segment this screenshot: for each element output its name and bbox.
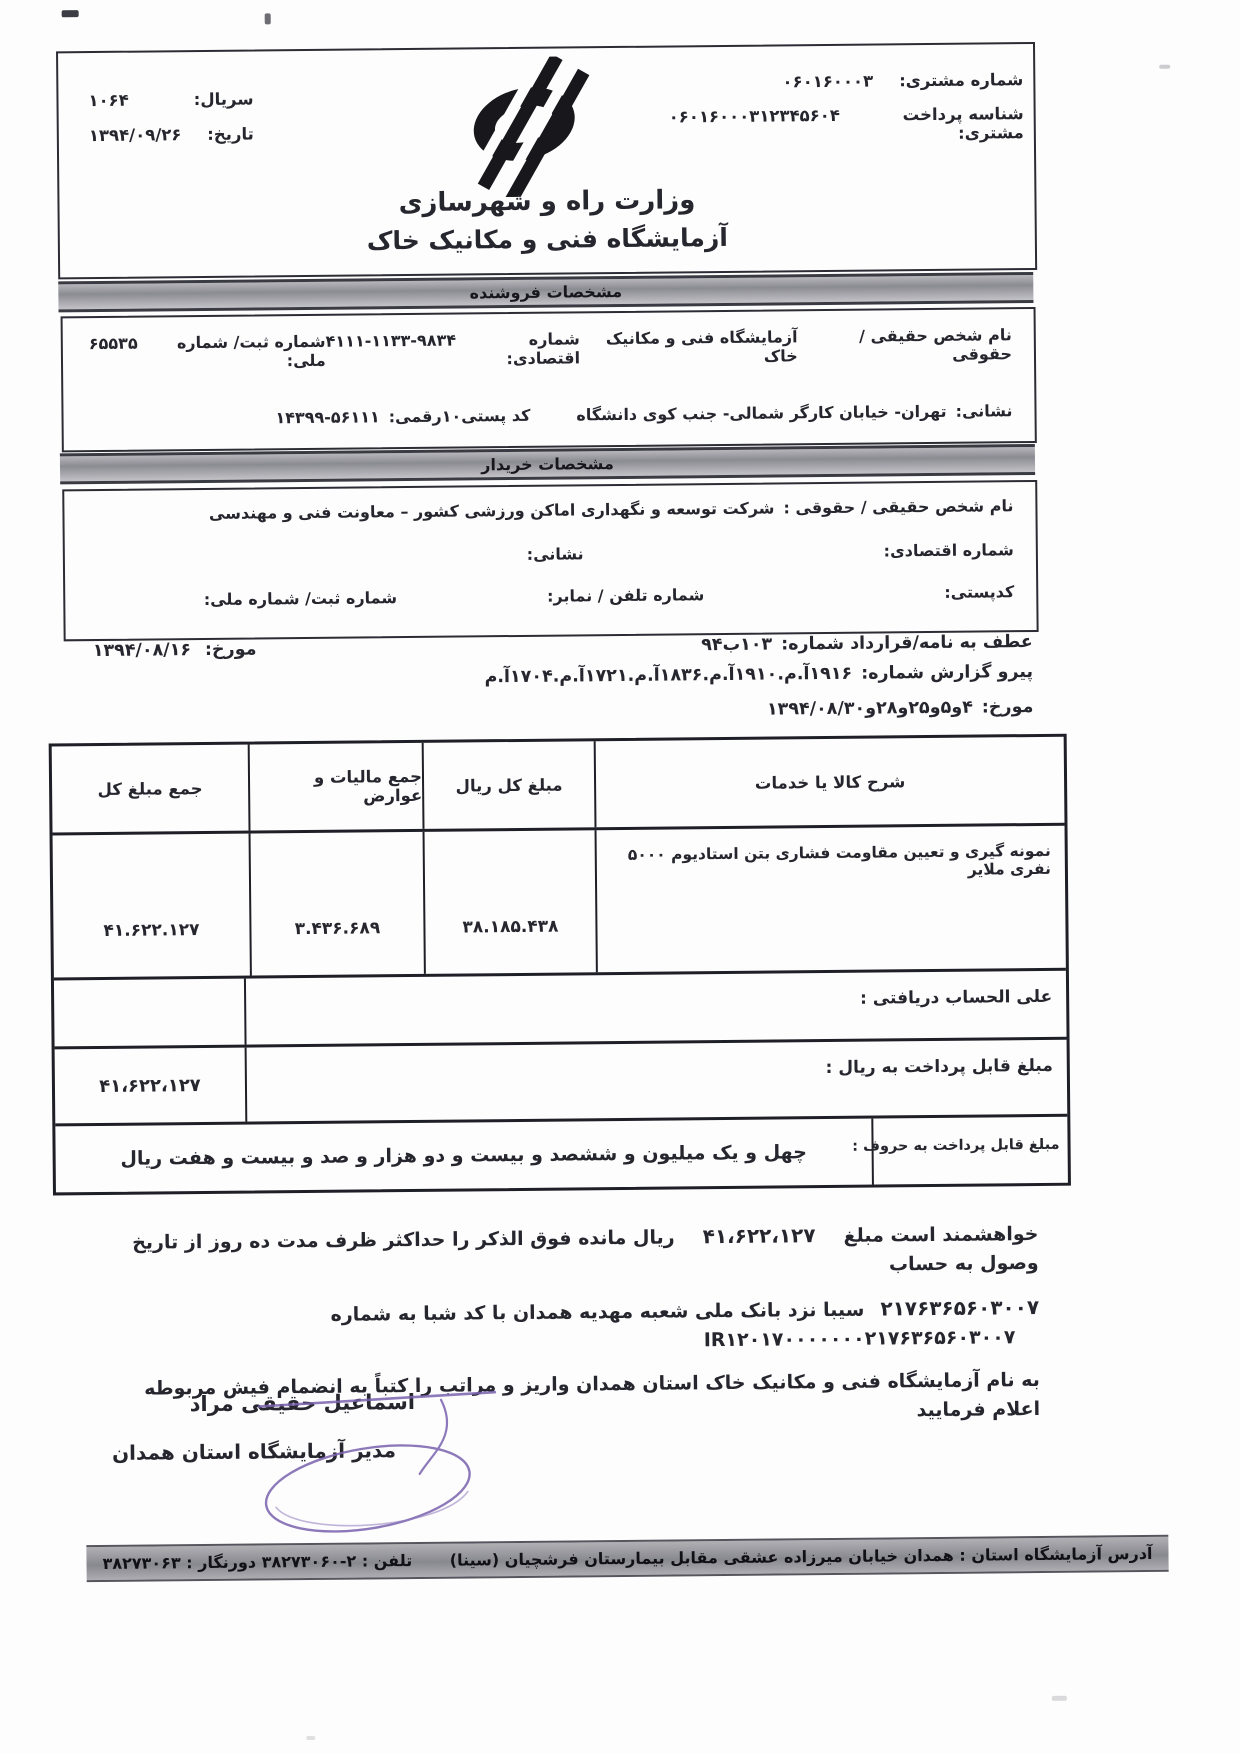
- serial-value: ۱۰۶۴: [88, 91, 128, 110]
- scanned-invoice-page: سریال: ۱۰۶۴ تاریخ: ۱۳۹۴/۰۹/۲۶: [0, 0, 1240, 1753]
- request-account-no: ۲۱۷۶۳۶۵۶۰۳۰۰۷: [880, 1292, 1039, 1325]
- ref-contract-value: ۹۴ب۱۰۳: [701, 635, 772, 656]
- request-line-2: ۲۱۷۶۳۶۵۶۰۳۰۰۷سیبا نزد بانک ملی شعبه مهدی…: [94, 1292, 1040, 1362]
- amount-in-words-value: چهل و یک میلیون و ششصد و بیست و دو هزار …: [55, 1119, 872, 1193]
- buyer-name-label: نام شخص حقیقی / حقوقی :: [783, 496, 1013, 517]
- soil-mechanics-logo-icon: [446, 56, 602, 197]
- payment-id-row: شناسه پرداخت مشتری: ۰۶۰۱۶۰۰۰۳۱۲۳۴۵۶۰۴: [669, 104, 1024, 145]
- invoice-table: شرح کالا یا خدمات مبلغ کل ریال جمع مالیا…: [49, 734, 1071, 1196]
- on-account-row: علی الحساب دریافتی :: [54, 971, 1067, 1050]
- signatory-name: اسماعیل حقیقی مراد: [200, 1390, 415, 1416]
- buyer-reg-label: شماره ثبت/ شماره ملی:: [204, 588, 397, 609]
- payable-label: مبلغ قابل پرداخت به ریال :: [245, 1040, 1068, 1122]
- on-account-value-cell: [54, 979, 245, 1047]
- on-account-label: علی الحساب دریافتی :: [244, 971, 1067, 1045]
- payable-value-cell: ۴۱،۶۲۲،۱۲۷: [55, 1048, 246, 1124]
- buyer-row-2: شماره اقتصادی: نشانی:: [65, 540, 1036, 568]
- contract-reference-line: عطف به نامه/قرارداد شماره: ۹۴ب۱۰۳ مورخ: …: [92, 612, 1032, 661]
- customer-no-label: شماره مشتری:: [899, 70, 1023, 90]
- seller-band-title: مشخصات فروشنده: [58, 272, 1033, 312]
- buyer-row-3: کدپستی: شماره تلفن / نمابر: شماره ثبت/ ش…: [65, 582, 1036, 610]
- request-part-1: خواهشمند است مبلغ: [843, 1223, 1038, 1247]
- buyer-postal-label: کدپستی:: [944, 582, 1014, 602]
- seller-address-value: تهران- خیابان کارگر شمالی- جنب کوی دانشگ…: [576, 402, 946, 425]
- col-header-tax: جمع مالیات و عوارض: [248, 743, 423, 831]
- buyer-row-1: نام شخص حقیقی / حقوقی : شرکت توسعه و نگه…: [64, 496, 1035, 524]
- footer-phone: تلفن : ۲-۳۸۲۷۳۰۶۰ دورنگار : ۳۸۲۷۳۰۶۳: [102, 1551, 412, 1573]
- scan-sheet: سریال: ۱۰۶۴ تاریخ: ۱۳۹۴/۰۹/۲۶: [0, 0, 1240, 1753]
- item-grand-value: ۴۱.۶۲۲.۱۲۷: [103, 920, 199, 941]
- payable-value: ۴۱،۶۲۲،۱۲۷: [99, 1075, 201, 1097]
- cell-item-total: ۳۸.۱۸۵.۴۳۸: [423, 830, 596, 974]
- seller-postal-label: کد پستی۱۰رقمی:: [389, 406, 531, 426]
- cell-item-description: نمونه گیری و تعیین مقاومت فشاری بتن استا…: [595, 826, 1066, 973]
- serial-row: سریال: ۱۰۶۴: [88, 89, 253, 110]
- amount-in-words-label: مبلغ قابل پرداخت به حروف :: [871, 1117, 1068, 1185]
- item-total-value: ۳۸.۱۸۵.۴۳۸: [462, 917, 558, 938]
- date-row: تاریخ: ۱۳۹۴/۰۹/۲۶: [89, 124, 254, 145]
- invoice-item-row: نمونه گیری و تعیین مقاومت فشاری بتن استا…: [53, 826, 1066, 981]
- ref-report-date-label: مورخ:: [982, 697, 1034, 717]
- payable-row: مبلغ قابل پرداخت به ریال : ۴۱،۶۲۲،۱۲۷: [55, 1040, 1068, 1127]
- seller-address-label: نشانی:: [956, 401, 1013, 421]
- amount-in-words-row: مبلغ قابل پرداخت به حروف : چهل و یک میلی…: [55, 1117, 1068, 1193]
- seller-economic-label: شماره اقتصادی:: [465, 329, 580, 368]
- request-iban: IR۱۲۰۱۷۰۰۰۰۰۰۰۲۱۷۶۳۶۵۶۰۳۰۰۷: [704, 1324, 1016, 1356]
- buyer-name-value: شرکت توسعه و نگهداری اماکن ورزشی کشور – …: [209, 499, 775, 523]
- seller-reg-group: شماره ثبت/ شماره ملی: ۶۵۵۳۵: [89, 332, 326, 372]
- header-box: سریال: ۱۰۶۴ تاریخ: ۱۳۹۴/۰۹/۲۶: [56, 42, 1037, 279]
- ministry-title: وزارت راه و شهرسازی: [59, 182, 1034, 221]
- request-part-3: سیبا نزد بانک ملی شعبه مهدیه همدان با کد…: [330, 1299, 864, 1326]
- request-line-1: خواهشمند است مبلغ۴۱،۶۲۲،۱۲۷ریال مانده فو…: [93, 1218, 1039, 1288]
- ref-contract-date-label: مورخ:: [205, 639, 257, 659]
- col-header-description: شرح کالا یا خدمات: [594, 737, 1065, 828]
- payment-id-value: ۰۶۰۱۶۰۰۰۳۱۲۳۴۵۶۰۴: [669, 106, 841, 146]
- date-value: ۱۳۹۴/۰۹/۲۶: [89, 125, 182, 145]
- contract-date-group: مورخ: ۱۳۹۴/۰۸/۱۶: [93, 639, 257, 661]
- serial-label: سریال:: [194, 89, 254, 109]
- report-date-line: مورخ: ۴و۵و۲۵و۲۸و۱۳۹۴/۰۸/۳۰: [93, 697, 1033, 726]
- cell-item-tax: ۳.۴۳۶.۶۸۹: [249, 832, 424, 976]
- payment-id-label: شناسه پرداخت مشتری:: [866, 104, 1024, 144]
- customer-no-row: شماره مشتری: ۰۶۰۱۶۰۰۰۳: [668, 70, 1023, 92]
- table-header-row: شرح کالا یا خدمات مبلغ کل ریال جمع مالیا…: [52, 737, 1065, 836]
- seller-box: نام شخص حقیقی / حقوقی آزمایشگاه فنی و مک…: [61, 307, 1037, 452]
- footer-band: آدرس آزمایشگاه استان : همدان خیابان میرز…: [86, 1535, 1168, 1582]
- header-right-fields: شماره مشتری: ۰۶۰۱۶۰۰۰۳ شناسه پرداخت مشتر…: [668, 70, 1024, 160]
- lab-title: آزمایشگاه فنی و مکانیک خاک: [60, 220, 1035, 258]
- seller-reg-label: شماره ثبت/ شماره ملی:: [147, 332, 326, 372]
- ref-report-value: ۱۹۱۶آ.م.۱۹۱۰آ.م.۱۸۳۶آ.م.۱۷۲۱آ.م.۱۷۰۴آ.م: [484, 664, 852, 688]
- contract-ref-group: عطف به نامه/قرارداد شماره: ۹۴ب۱۰۳: [701, 632, 1033, 655]
- seller-name-group: نام شخص حقیقی / حقوقی آزمایشگاه فنی و مک…: [580, 325, 1012, 367]
- seller-address-group: نشانی: تهران- خیابان کارگر شمالی- جنب کو…: [576, 401, 1012, 424]
- signatory-title: مدیر آزمایشگاه استان همدان: [101, 1438, 406, 1465]
- buyer-address-label: نشانی:: [527, 544, 584, 564]
- customer-no-value: ۰۶۰۱۶۰۰۰۳: [782, 72, 873, 92]
- seller-economic-group: شماره اقتصادی: ۴۱۱۱-۱۱۳۳-۹۸۳۴: [326, 329, 581, 369]
- scan-artifact: [306, 1736, 315, 1740]
- buyer-economic-label: شماره اقتصادی:: [884, 540, 1014, 560]
- ministry-logo: [446, 56, 602, 197]
- seller-name-value: آزمایشگاه فنی و مکانیک خاک: [580, 327, 798, 367]
- item-tax-value: ۳.۴۳۶.۶۸۹: [295, 918, 381, 939]
- request-amount: ۴۱،۶۲۲،۱۲۷: [703, 1220, 816, 1252]
- col-header-grand-total: جمع مبلغ کل: [52, 745, 249, 833]
- seller-postal-value: ۱۴۳۹۹-۵۶۱۱۱: [275, 407, 379, 427]
- ref-contract-label: عطف به نامه/قرارداد شماره:: [781, 632, 1033, 654]
- reference-lines: عطف به نامه/قرارداد شماره: ۹۴ب۱۰۳ مورخ: …: [92, 612, 1033, 726]
- ref-contract-date-value: ۱۳۹۴/۰۸/۱۶: [93, 640, 191, 661]
- date-label: تاریخ:: [207, 124, 254, 143]
- seller-name-label: نام شخص حقیقی / حقوقی: [806, 325, 1012, 365]
- ref-report-label: پیرو گزارش شماره:: [861, 662, 1033, 684]
- buyer-name-group: نام شخص حقیقی / حقوقی : شرکت توسعه و نگه…: [209, 496, 1014, 523]
- scan-artifact: [62, 10, 79, 17]
- ref-report-date-value: ۴و۵و۲۵و۲۸و۱۳۹۴/۰۸/۳۰: [767, 698, 973, 720]
- report-reference-line: پیرو گزارش شماره: ۱۹۱۶آ.م.۱۹۱۰آ.م.۱۸۳۶آ.…: [93, 662, 1033, 691]
- seller-reg-value: ۶۵۵۳۵: [89, 334, 138, 353]
- cell-item-grand-total: ۴۱.۶۲۲.۱۲۷: [53, 834, 250, 978]
- report-ref-group: پیرو گزارش شماره: ۱۹۱۶آ.م.۱۹۱۰آ.م.۱۸۳۶آ.…: [484, 662, 1033, 687]
- seller-row-2: نشانی: تهران- خیابان کارگر شمالی- جنب کو…: [63, 401, 1034, 429]
- scan-artifact: [1052, 1696, 1067, 1701]
- header-left-fields: سریال: ۱۰۶۴ تاریخ: ۱۳۹۴/۰۹/۲۶: [88, 89, 254, 161]
- scan-artifact: [265, 13, 271, 24]
- footer-address: آدرس آزمایشگاه استان : همدان خیابان میرز…: [450, 1544, 1153, 1570]
- scan-artifact: [1159, 65, 1170, 69]
- col-header-total: مبلغ کل ریال: [422, 741, 595, 829]
- seller-economic-value: ۴۱۱۱-۱۱۳۳-۹۸۳۴: [326, 331, 457, 351]
- seller-row-1: نام شخص حقیقی / حقوقی آزمایشگاه فنی و مک…: [63, 325, 1034, 372]
- report-date-group: مورخ: ۴و۵و۲۵و۲۸و۱۳۹۴/۰۸/۳۰: [767, 697, 1034, 720]
- seller-postal-group: کد پستی۱۰رقمی: ۱۴۳۹۹-۵۶۱۱۱: [275, 406, 530, 427]
- buyer-phone-label: شماره تلفن / نمابر:: [547, 585, 704, 606]
